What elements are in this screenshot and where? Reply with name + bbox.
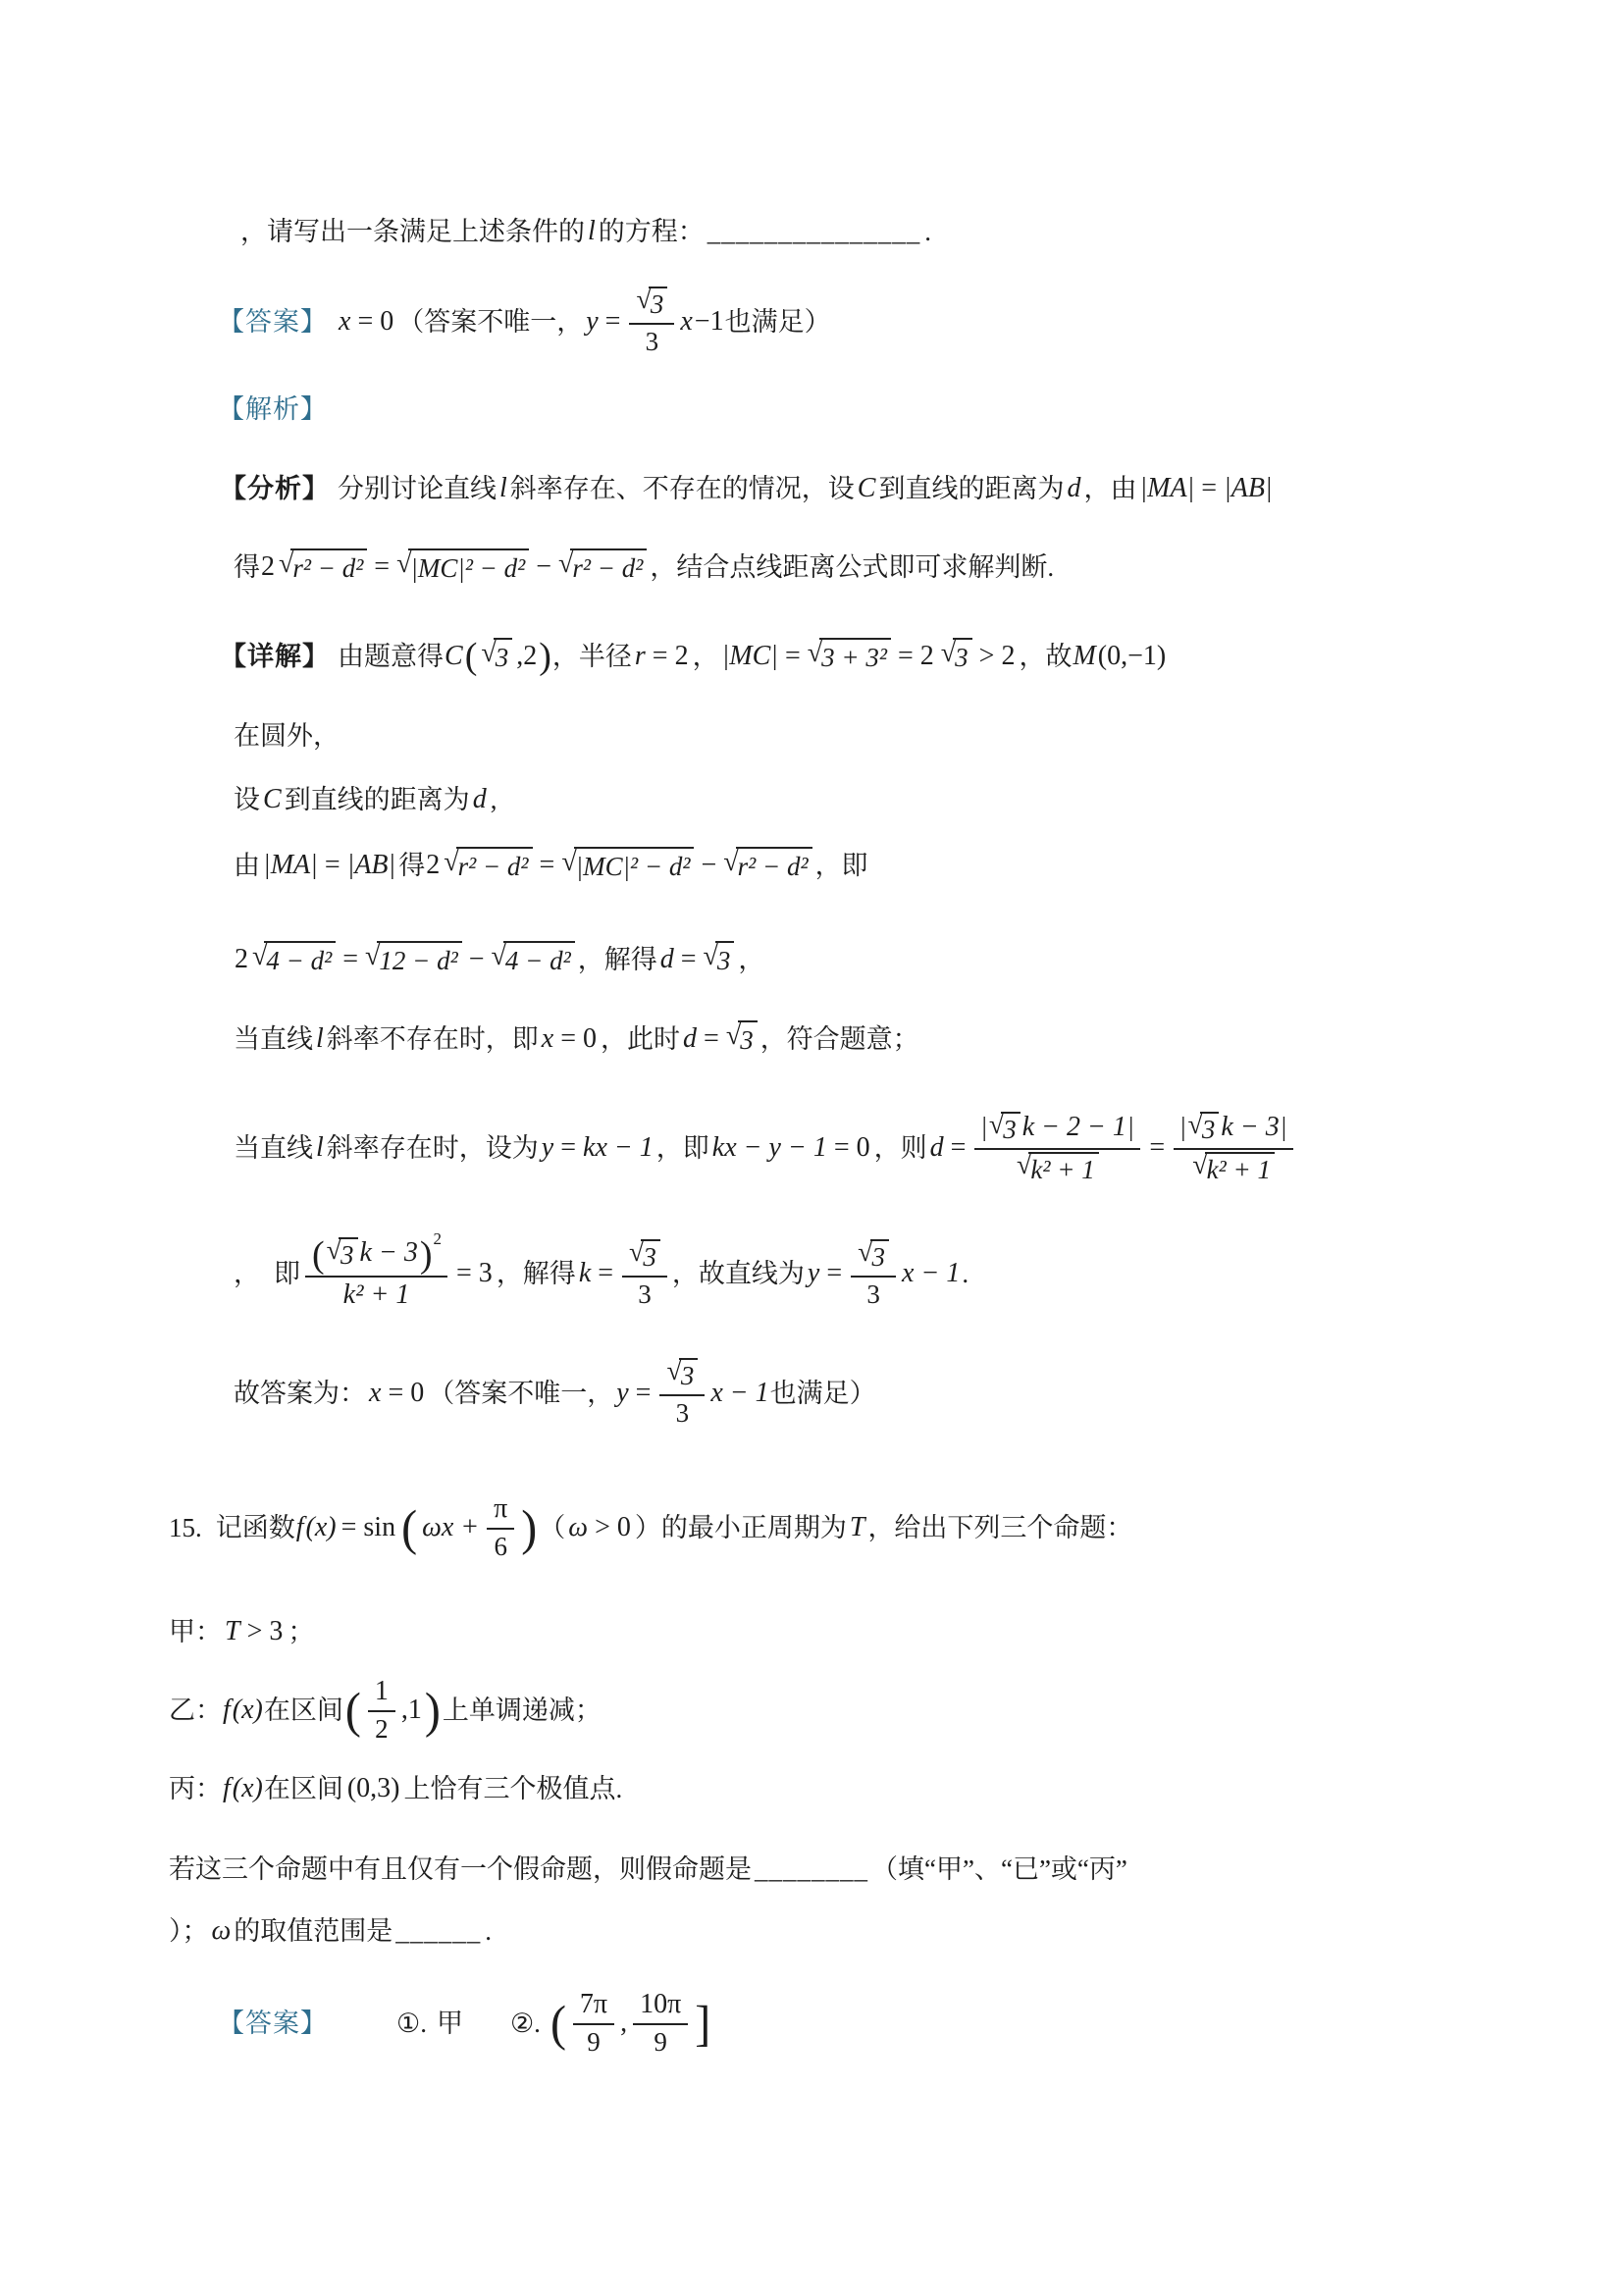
question-blank-line-2: ）；ω的取值范围是______. xyxy=(169,1913,493,1949)
math-op: = xyxy=(1201,471,1217,506)
math-op: = xyxy=(605,304,621,339)
text-run: ，此时 xyxy=(601,1022,680,1057)
radicand: r² − d² xyxy=(456,847,533,884)
question-15-line: 15. 记函数 f (x) = sin ( ωx + π 6 ) （ ω > 0… xyxy=(169,1493,1132,1562)
abs-value: |MA| xyxy=(263,848,318,883)
answer-line-2: 【答案】 ①. 甲 ②. ( 7π 9 , 10π 9 ] xyxy=(218,1989,712,2058)
detail-line-3: 设C到直线的距离为d, xyxy=(234,782,497,817)
math-expr: k − 3 xyxy=(360,1237,418,1269)
math-var: y xyxy=(808,1256,819,1291)
answer-item-2-marker: ②. xyxy=(510,2007,541,2041)
text-run: 即 xyxy=(274,1257,300,1291)
sqrt-radical: √r² − d² xyxy=(279,548,367,586)
fraction-d-expr-2: | √3 k − 3 | √k² + 1 xyxy=(1174,1112,1293,1185)
text-run: ，故 xyxy=(1019,640,1072,674)
text-run: ）的最小正周期为 xyxy=(635,1511,847,1545)
detail-line-8: ， 即 ( √3 k − 3 ) 2 k² + 1 = 3 ，解得 k = √3… xyxy=(234,1237,969,1311)
math-op: = xyxy=(826,1256,842,1291)
math-num: 1 xyxy=(375,1676,389,1707)
superscript-2: 2 xyxy=(434,1229,443,1249)
question-number: 15. xyxy=(169,1511,202,1545)
text-run: 在区间 xyxy=(264,1694,343,1728)
overview-line-1: 【分析】 分别讨论直线l斜率存在、不存在的情况，设C到直线的距离为d，由 |MA… xyxy=(220,471,1276,506)
text-run: 也满足） xyxy=(725,305,831,339)
text-run: 的取值范围是 xyxy=(234,1914,393,1949)
text-run: 由题意得 xyxy=(338,640,444,674)
open-paren: ( xyxy=(550,2001,566,2045)
math-var: d xyxy=(930,1130,944,1166)
text-run: 得 xyxy=(234,550,260,585)
close-paren: ) xyxy=(425,1688,441,1732)
abs-bar: | xyxy=(1180,1112,1185,1142)
fraction-pi-over-6: π 6 xyxy=(487,1493,514,1562)
detail-line-5: 2 √4 − d² = √12 − d² − √4 − d² ，解得 d = √… xyxy=(234,941,765,978)
math-var: C xyxy=(858,471,876,506)
math-var: x xyxy=(339,304,350,339)
math-op: = xyxy=(560,1130,576,1166)
abs-value: |AB| xyxy=(347,848,396,883)
analysis-label: 【解析】 xyxy=(218,392,328,427)
math-num: ,2 xyxy=(516,639,537,674)
radicand: 4 − d² xyxy=(264,941,336,978)
radical-sign: √ xyxy=(1188,1110,1203,1141)
sqrt-radical: √4 − d² xyxy=(252,941,336,978)
radical-sign: √ xyxy=(558,547,573,582)
answer-label: 【答案】 xyxy=(218,2007,328,2041)
math-var: d xyxy=(660,942,674,977)
math-coeff: 2 xyxy=(261,549,275,585)
math-op: = 2 xyxy=(898,639,934,674)
answer-item-1-marker: ①. xyxy=(396,2007,427,2041)
math-var: T xyxy=(225,1614,240,1649)
math-func: f xyxy=(296,1510,304,1545)
sqrt-radical: √k² + 1 xyxy=(1192,1152,1275,1185)
text-run: 斜率存在、不存在的情况，设 xyxy=(510,472,855,506)
abs-bar: | xyxy=(1128,1112,1133,1142)
radical-sign: √ xyxy=(666,1356,681,1387)
sqrt-radical: √3 xyxy=(327,1237,358,1271)
math-op: = xyxy=(681,942,697,977)
text-run: 丙： xyxy=(169,1772,222,1806)
abs-value: |MC| xyxy=(722,639,778,674)
text-run: 在区间 xyxy=(264,1772,343,1806)
text-run: . xyxy=(962,1257,969,1291)
text-run: 由 xyxy=(234,849,260,883)
radical-sign: √ xyxy=(629,1237,644,1269)
text-run: 当直线 xyxy=(234,1131,313,1166)
text-run: , xyxy=(491,783,497,817)
text-run: （ xyxy=(539,1511,565,1545)
radical-sign: √ xyxy=(252,939,267,974)
math-func: f xyxy=(223,1693,231,1728)
sqrt-radical: √r² − d² xyxy=(444,847,532,884)
radicand: |MC|² − d² xyxy=(574,847,695,884)
math-op: > 0 xyxy=(595,1510,631,1545)
math-op: = 0 xyxy=(388,1376,424,1411)
fraction-denominator: 3 xyxy=(676,1396,690,1429)
sqrt-radical: √3 xyxy=(1188,1112,1220,1145)
fraction-sqrt3-over-3: √3 3 xyxy=(629,287,674,357)
radicand: r² − d² xyxy=(290,548,367,586)
answer-line-1: 【答案】 x = 0 （答案不唯一， y = √3 3 x −1 也满足） xyxy=(218,287,831,357)
math-var: l xyxy=(316,1021,324,1057)
radical-sign: √ xyxy=(561,845,576,880)
math-op: − xyxy=(536,549,551,585)
radicand: r² − d² xyxy=(570,548,647,586)
radical-sign: √ xyxy=(327,1235,341,1267)
text-run: 得 xyxy=(398,849,425,883)
text-run: 上恰有三个极值点. xyxy=(404,1772,623,1806)
math-var: x xyxy=(542,1021,553,1057)
text-run: 乙： xyxy=(169,1694,222,1728)
text-run: 到直线的距离为 xyxy=(285,783,470,817)
math-op: > 3 xyxy=(247,1614,284,1649)
sqrt-radical: √4 − d² xyxy=(492,941,575,978)
math-op: = xyxy=(704,1021,719,1057)
radical-sign: √ xyxy=(989,1110,1004,1141)
sqrt-radical: √3 xyxy=(704,941,735,978)
text-run: ）； xyxy=(169,1914,209,1949)
math-op: = xyxy=(636,1376,652,1411)
text-run: 在圆外， xyxy=(234,719,340,754)
detail-line-9: 故答案为： x = 0 （答案不唯一， y = √3 3 x − 1 也满足） xyxy=(234,1358,876,1429)
text-run: （填“甲”、“已”或“丙” xyxy=(871,1852,1127,1887)
math-var: l xyxy=(316,1130,324,1166)
math-var: M xyxy=(1073,639,1095,674)
document-page: ，请写出一条满足上述条件的l的方程：_______________. 【答案】 … xyxy=(0,0,1623,2296)
fraction-denominator: 3 xyxy=(638,1278,652,1310)
radical-sign: √ xyxy=(492,939,506,974)
text-run: ，给出下列三个命题： xyxy=(867,1511,1132,1545)
proposition-yi-line: 乙： f (x) 在区间 ( 1 2 ,1 ) 上单调递减； xyxy=(169,1676,602,1745)
answer-item-1-value: 甲 xyxy=(437,2007,463,2041)
abs-value: |AB| xyxy=(1224,471,1273,506)
math-var: d xyxy=(473,782,487,817)
text-run: ，请写出一条满足上述条件的 xyxy=(240,215,585,249)
math-op: > 2 xyxy=(979,639,1016,674)
fraction-10pi-over-9: 10π 9 xyxy=(633,1989,688,2058)
close-paren: ) xyxy=(539,639,551,674)
answer-label: 【答案】 xyxy=(218,305,328,339)
radical-sign: √ xyxy=(279,547,293,582)
math-op: − xyxy=(469,942,485,977)
math-op: = xyxy=(785,639,801,674)
math-var: T xyxy=(850,1510,865,1545)
answer-blank: ______ xyxy=(395,1914,481,1949)
analysis-label-line: 【解析】 xyxy=(218,392,336,427)
close-paren: ) xyxy=(521,1505,537,1549)
math-var: y xyxy=(586,304,598,339)
text-run: （答案不唯一， xyxy=(428,1377,613,1411)
detail-line-6: 当直线l斜率不存在时，即 x = 0 ，此时 d = √3 ，符合题意； xyxy=(234,1020,919,1058)
math-num: 7π xyxy=(580,1989,607,2020)
sqrt-radical: √3 xyxy=(726,1020,758,1058)
text-run: ， xyxy=(234,1257,260,1291)
math-var: y xyxy=(616,1376,628,1411)
math-var: k xyxy=(579,1256,591,1291)
text-run: 分别讨论直线 xyxy=(338,472,497,506)
text-run: ，即 xyxy=(656,1131,709,1166)
sqrt-radical: √3 xyxy=(858,1239,889,1273)
radical-sign: √ xyxy=(941,636,956,671)
math-op: = sin xyxy=(341,1510,395,1545)
math-var: ω xyxy=(212,1913,232,1949)
sqrt-radical: √3 xyxy=(989,1112,1021,1145)
text-run: 的方程： xyxy=(599,215,705,249)
overview-label: 【分析】 xyxy=(220,472,330,506)
math-expr: k² + 1 xyxy=(343,1279,410,1311)
text-run: 故答案为： xyxy=(234,1377,366,1411)
text-run: ，解得 xyxy=(497,1257,576,1291)
text-run: （答案不唯一， xyxy=(397,305,583,339)
math-op: = xyxy=(374,549,390,585)
question-stem-line: ，请写出一条满足上述条件的l的方程：_______________. xyxy=(240,214,932,249)
text-run: 设 xyxy=(234,783,260,817)
math-num: ,1 xyxy=(401,1693,422,1728)
math-expr: ωx + xyxy=(422,1510,479,1545)
fraction-sqrt3-over-3: √3 3 xyxy=(659,1358,705,1429)
radicand: k² + 1 xyxy=(1028,1152,1098,1185)
math-op: = 0 xyxy=(834,1130,870,1166)
fraction-denominator: 3 xyxy=(646,325,659,357)
math-arg: (x) xyxy=(233,1771,263,1806)
text-run: ，由 xyxy=(1083,472,1136,506)
detail-line-1: 【详解】 由题意得 C ( √3 ,2 ) ，半径 r = 2 ， |MC| =… xyxy=(220,638,1167,675)
detail-line-7: 当直线l斜率存在时，设为 y = kx − 1 ，即 kx − y − 1 = … xyxy=(234,1112,1298,1185)
close-paren: ) xyxy=(420,1237,433,1273)
math-coeff: 2 xyxy=(235,942,248,977)
text-run: 记函数 xyxy=(216,1511,295,1545)
fraction-squared-expr: ( √3 k − 3 ) 2 k² + 1 xyxy=(305,1237,447,1311)
math-func: f xyxy=(223,1771,231,1806)
math-var: x xyxy=(369,1376,381,1411)
radicand: 12 − d² xyxy=(377,941,461,978)
radical-sign: √ xyxy=(1017,1150,1031,1181)
math-op: = xyxy=(325,848,340,883)
math-interval: (0,3) xyxy=(347,1771,400,1806)
math-var: r xyxy=(635,639,646,674)
math-coeff: 2 xyxy=(426,848,440,883)
math-arg: (x) xyxy=(306,1510,337,1545)
text-run: ， xyxy=(693,640,719,674)
sqrt-radical: √k² + 1 xyxy=(1017,1152,1099,1185)
open-paren: ( xyxy=(312,1237,325,1273)
math-op: −1 xyxy=(695,304,724,339)
math-expr: k − 2 − 1 xyxy=(1022,1112,1126,1143)
fraction-denominator: 2 xyxy=(375,1712,389,1745)
sqrt-radical: √3 xyxy=(636,287,667,320)
sqrt-radical: √3 xyxy=(629,1239,660,1273)
text-run: 当直线 xyxy=(234,1022,313,1057)
fraction-denominator: 9 xyxy=(587,2025,601,2058)
radical-sign: √ xyxy=(636,285,651,316)
sqrt-radical: √|MC|² − d² xyxy=(396,548,529,586)
fraction-denominator: 6 xyxy=(494,1530,507,1562)
fraction-7pi-over-9: 7π 9 xyxy=(573,1989,614,2058)
math-var: y xyxy=(542,1130,553,1166)
math-op: = xyxy=(1149,1130,1165,1166)
math-var: l xyxy=(499,471,507,506)
math-expr: kx − y − 1 xyxy=(712,1130,827,1166)
detail-line-2: 在圆外， xyxy=(234,719,340,754)
sqrt-radical: √r² − d² xyxy=(723,847,811,884)
close-bracket: ] xyxy=(695,2001,710,2045)
text-run: 也满足） xyxy=(770,1377,876,1411)
text-run: . xyxy=(924,215,931,249)
text-run: ，即 xyxy=(815,849,868,883)
text-run: 到直线的距离为 xyxy=(878,472,1064,506)
radical-sign: √ xyxy=(444,845,458,880)
abs-bar: | xyxy=(981,1112,986,1142)
open-paren: ( xyxy=(345,1688,361,1732)
math-op: = 3 xyxy=(456,1256,493,1291)
radical-sign: √ xyxy=(481,636,496,671)
sqrt-radical: √3 xyxy=(941,638,972,675)
text-run: 斜率存在时，设为 xyxy=(327,1131,539,1166)
radicand: r² − d² xyxy=(736,847,812,884)
sqrt-radical: √12 − d² xyxy=(365,941,462,978)
math-point: (0,−1) xyxy=(1098,639,1166,674)
math-arg: (x) xyxy=(233,1693,263,1728)
fraction-denominator: 9 xyxy=(654,2025,667,2058)
radical-sign: √ xyxy=(1192,1150,1207,1181)
text-run: 上单调递减； xyxy=(443,1694,602,1728)
proposition-jia-line: 甲： T > 3 ； xyxy=(169,1614,315,1649)
open-paren: ( xyxy=(401,1505,417,1549)
fraction-1-over-2: 1 2 xyxy=(368,1676,395,1745)
radical-sign: √ xyxy=(858,1237,872,1269)
text-run: 若这三个命题中有且仅有一个假命题，则假命题是 xyxy=(169,1852,752,1887)
sqrt-radical: √3 xyxy=(666,1358,698,1391)
text-run: 斜率不存在时，即 xyxy=(327,1022,539,1057)
radical-sign: √ xyxy=(365,939,380,974)
radicand: k² + 1 xyxy=(1205,1152,1275,1185)
math-expr: kx − 1 xyxy=(583,1130,654,1166)
math-op: = xyxy=(540,848,555,883)
radical-sign: √ xyxy=(704,939,718,974)
fraction-sqrt3-over-3: √3 3 xyxy=(622,1239,667,1310)
math-comma: , xyxy=(620,2006,627,2041)
math-var: d xyxy=(683,1021,697,1057)
text-run: ，解得 xyxy=(578,943,657,977)
radical-sign: √ xyxy=(726,1018,741,1054)
math-var: ω xyxy=(568,1510,588,1545)
text-run: ，符合题意； xyxy=(760,1022,919,1057)
open-paren: ( xyxy=(465,639,478,674)
math-op: = xyxy=(598,1256,613,1291)
abs-bar: | xyxy=(1282,1112,1286,1142)
math-num: 10π xyxy=(640,1989,681,2020)
text-run: 甲： xyxy=(169,1615,222,1649)
proposition-bing-line: 丙： f (x) 在区间 (0,3) 上恰有三个极值点. xyxy=(169,1771,622,1806)
sqrt-radical: √|MC|² − d² xyxy=(561,847,694,884)
math-op: = xyxy=(951,1130,967,1166)
math-expr: x − 1 xyxy=(710,1376,768,1411)
sqrt-radical: √3 xyxy=(481,638,512,675)
radical-sign: √ xyxy=(723,845,738,880)
math-var: C xyxy=(263,782,282,817)
text-run: ，故直线为 xyxy=(672,1257,805,1291)
abs-value: |MA| xyxy=(1139,471,1194,506)
detail-label: 【详解】 xyxy=(220,640,330,674)
sqrt-radical: √3 + 3² xyxy=(808,638,891,675)
math-pi: π xyxy=(494,1493,507,1525)
radicand: 3 + 3² xyxy=(819,638,891,675)
math-var: C xyxy=(445,639,463,674)
radical-sign: √ xyxy=(396,547,411,582)
math-op: = 0 xyxy=(560,1021,597,1057)
text-run: ，则 xyxy=(874,1131,927,1166)
math-var: x xyxy=(680,304,692,339)
math-expr: x − 1 xyxy=(902,1256,960,1291)
math-op: − xyxy=(701,848,716,883)
math-op: = xyxy=(342,942,358,977)
text-run: ； xyxy=(288,1615,314,1649)
overview-line-2: 得 2 √r² − d² = √|MC|² − d² − √r² − d² ，结… xyxy=(234,548,1054,586)
text-run: ， xyxy=(738,943,764,977)
detail-line-4: 由 |MA| = |AB| 得 2 √r² − d² = √|MC|² − d²… xyxy=(234,847,868,884)
answer-blank: ________ xyxy=(755,1852,868,1887)
fraction-sqrt3-over-3: √3 3 xyxy=(851,1239,896,1310)
math-var: d xyxy=(1067,471,1080,506)
fraction-d-expr-1: | √3 k − 2 − 1 | √k² + 1 xyxy=(974,1112,1140,1185)
text-run: ，结合点线距离公式即可求解判断. xyxy=(650,550,1054,585)
text-run: . xyxy=(485,1914,492,1949)
question-blank-line-1: 若这三个命题中有且仅有一个假命题，则假命题是________（填“甲”、“已”或… xyxy=(169,1852,1127,1887)
text-run: ，半径 xyxy=(552,640,632,674)
math-expr: k − 3 xyxy=(1221,1112,1279,1143)
answer-blank: _______________ xyxy=(707,215,921,249)
sqrt-radical: √r² − d² xyxy=(558,548,647,586)
fraction-denominator: 3 xyxy=(866,1278,880,1310)
math-op: = 2 xyxy=(653,639,689,674)
radicand: |MC|² − d² xyxy=(408,548,529,586)
radical-sign: √ xyxy=(808,636,822,671)
math-var: l xyxy=(588,214,596,249)
math-op: = 0 xyxy=(357,304,393,339)
radicand: 4 − d² xyxy=(503,941,575,978)
